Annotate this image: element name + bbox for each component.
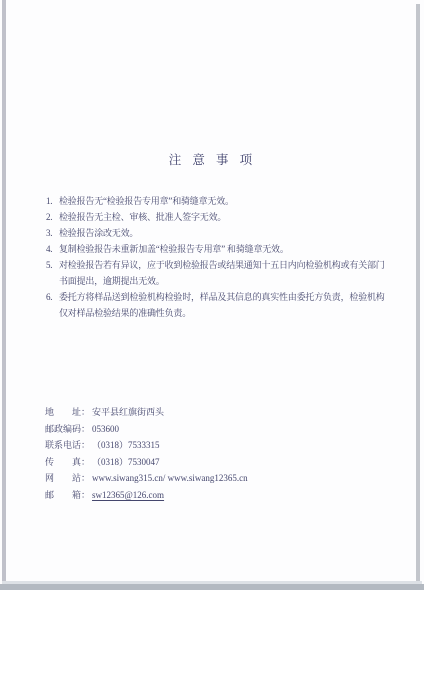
note-text: 对检验报告若有异议，应于收到检验报告或结果通知十五日内向检验机构或有关部门书面提… [59,257,390,289]
phone-label: 联系电话： [45,437,90,454]
note-text: 检验报告涂改无效。 [59,225,390,241]
website-value: www.siwang315.cn/ www.siwang12365.cn [92,473,248,483]
note-number: 4. [46,241,59,257]
notes-list: 1. 检验报告无“检验报告专用章”和骑缝章无效。 2. 检验报告无主检、审核、批… [46,193,390,321]
fax-label: 传 真： [45,454,90,471]
note-item-3: 3. 检验报告涂改无效。 [46,225,390,241]
note-number: 5. [46,257,59,273]
note-number: 1. [46,193,59,209]
postcode-label: 邮政编码： [45,421,90,438]
note-number: 3. [46,225,59,241]
page-edge-left [2,0,6,588]
contact-row-phone: 联系电话：（0318）7533315 [45,437,385,454]
page-edge-right [416,4,420,588]
contact-row-address: 地 址：安平县红旗街西头 [45,404,385,421]
note-text: 检验报告无主检、审核、批准人签字无效。 [59,209,390,225]
note-text: 复制检验报告未重新加盖“检验报告专用章” 和骑缝章无效。 [59,241,390,257]
email-label: 邮 箱： [45,487,90,504]
note-item-5: 5. 对检验报告若有异议，应于收到检验报告或结果通知十五日内向检验机构或有关部门… [46,257,390,289]
scanned-document: 注 意 事 项 1. 检验报告无“检验报告专用章”和骑缝章无效。 2. 检验报告… [0,0,424,700]
website-label: 网 站： [45,470,90,487]
paper-sheet: 注 意 事 项 1. 检验报告无“检验报告专用章”和骑缝章无效。 2. 检验报告… [0,0,424,590]
note-item-6: 6. 委托方将样品送到检验机构检验时，样品及其信息的真实性由委托方负责，检验机构… [46,289,390,321]
note-number: 2. [46,209,59,225]
page-edge-bottom [0,584,424,590]
postcode-value: 053600 [92,424,119,434]
page-title: 注 意 事 项 [0,150,424,168]
address-label: 地 址： [45,404,90,421]
contact-block: 地 址：安平县红旗街西头 邮政编码：053600 联系电话：（0318）7533… [45,404,385,503]
note-text: 委托方将样品送到检验机构检验时，样品及其信息的真实性由委托方负责，检验机构仅对样… [59,289,390,321]
note-text: 检验报告无“检验报告专用章”和骑缝章无效。 [59,193,390,209]
note-number: 6. [46,289,59,305]
contact-row-fax: 传 真：（0318）7530047 [45,454,385,471]
phone-value: （0318）7533315 [92,440,160,450]
address-value: 安平县红旗街西头 [92,407,164,417]
email-value: sw12365@126.com [92,490,164,500]
note-item-1: 1. 检验报告无“检验报告专用章”和骑缝章无效。 [46,193,390,209]
contact-row-website: 网 站：www.siwang315.cn/ www.siwang12365.cn [45,470,385,487]
note-item-2: 2. 检验报告无主检、审核、批准人签字无效。 [46,209,390,225]
note-item-4: 4. 复制检验报告未重新加盖“检验报告专用章” 和骑缝章无效。 [46,241,390,257]
fax-value: （0318）7530047 [92,457,160,467]
contact-row-email: 邮 箱：sw12365@126.com [45,487,385,504]
contact-row-postcode: 邮政编码：053600 [45,421,385,438]
